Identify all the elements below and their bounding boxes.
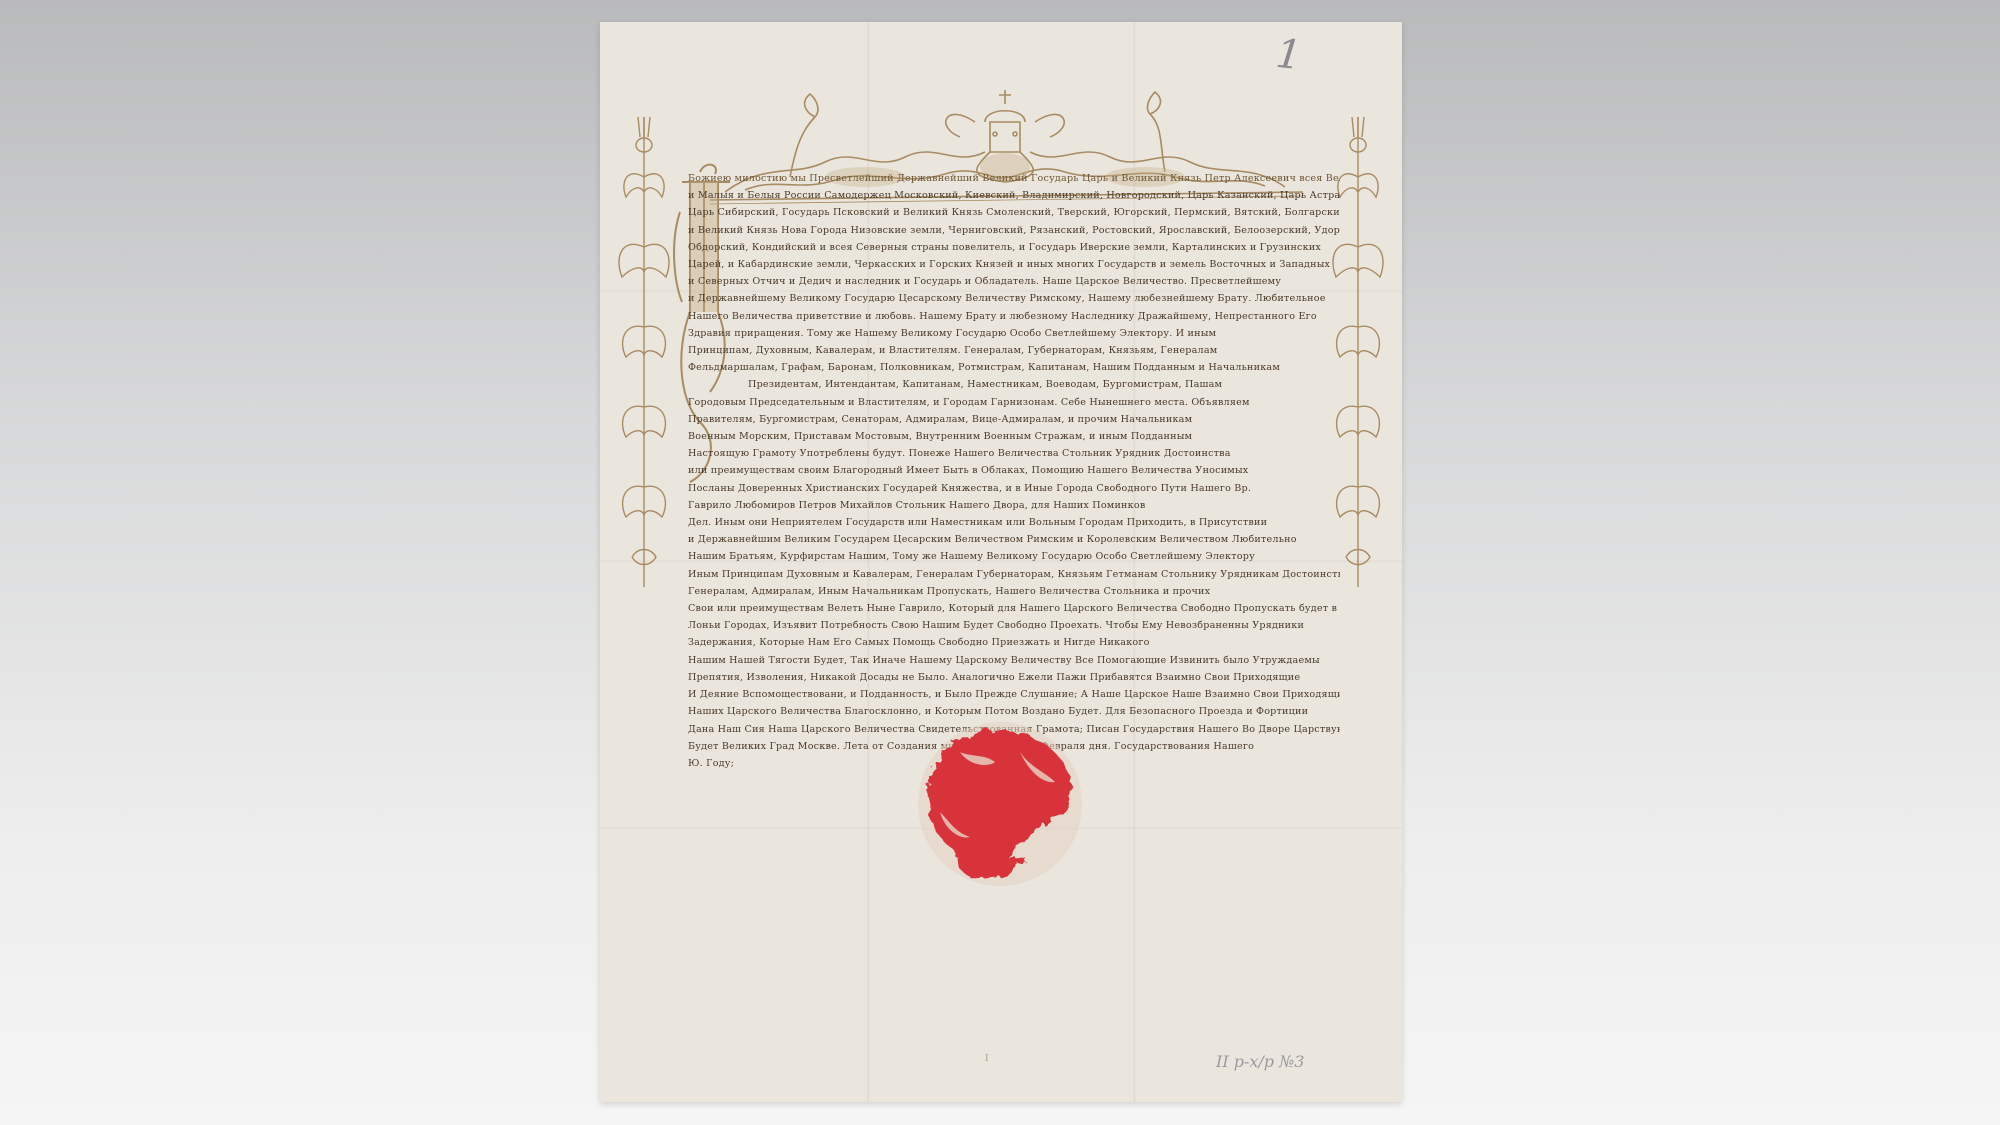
text-line: Нашего Величества приветствие и любовь. … xyxy=(688,308,1340,325)
text-line: Городовым Председательным и Властителям,… xyxy=(688,394,1340,411)
folio-number: 1 xyxy=(1274,31,1304,79)
text-line: и Великий Князь Нова Города Низовские зе… xyxy=(688,222,1340,239)
text-line: Гаврило Любомиров Петров Михайлов Стольн… xyxy=(688,497,1340,514)
text-line: Дел. Иным они Неприятелем Государств или… xyxy=(688,514,1340,531)
text-line: или преимуществам своим Благородный Имее… xyxy=(688,462,1340,479)
text-line: Нашим Братьям, Курфирстам Нашим, Тому же… xyxy=(688,548,1340,565)
charter-document: Божиею милостию мы Пресветлейший Державн… xyxy=(600,22,1402,1102)
text-line: Посланы Доверенных Христианских Государе… xyxy=(688,480,1340,497)
text-line: Задержания, Которые Нам Его Самых Помощь… xyxy=(688,634,1340,651)
text-line: Божиею милостию мы Пресветлейший Державн… xyxy=(688,170,1340,187)
center-mark: I xyxy=(985,1054,989,1064)
text-line: Свои или преимуществам Велеть Ныне Гаври… xyxy=(688,600,1340,617)
text-line: Настоящую Грамоту Употреблены будут. Пон… xyxy=(688,445,1340,462)
text-line: Препятия, Изволения, Никакой Досады не Б… xyxy=(688,669,1340,686)
archive-note: II р-х/р №3 xyxy=(1216,1052,1304,1071)
text-line: Принципам, Духовным, Кавалерам, и Власти… xyxy=(688,342,1340,359)
text-line: Военным Морским, Приставам Мостовым, Вну… xyxy=(688,428,1340,445)
text-line: Здравия приращения. Тому же Нашему Велик… xyxy=(688,325,1340,342)
text-line: и Малыя и Белыя России Самодержец Москов… xyxy=(688,187,1340,204)
charter-text: Божиею милостию мы Пресветлейший Державн… xyxy=(688,170,1340,772)
left-floral-border xyxy=(612,117,676,587)
text-line: И Деяние Вспомоществовани, и Подданность… xyxy=(688,686,1340,703)
text-line: Лоньи Городах, Изъявит Потребность Свою … xyxy=(688,617,1340,634)
red-wax-seal xyxy=(900,712,1100,902)
text-line: Правителям, Бургомистрам, Сенаторам, Адм… xyxy=(688,411,1340,428)
text-line: Нашим Нашей Тягости Будет, Так Иначе Наш… xyxy=(688,652,1340,669)
text-line: и Северных Отчич и Дедич и наследник и Г… xyxy=(688,273,1340,290)
text-line: Фельдмаршалам, Графам, Баронам, Полковни… xyxy=(688,359,1340,376)
text-line: Царь Сибирский, Государь Псковский и Вел… xyxy=(688,204,1340,221)
text-line: Президентам, Интендантам, Капитанам, Нам… xyxy=(688,376,1340,393)
text-line: Царей, и Кабардинские земли, Черкасских … xyxy=(688,256,1340,273)
text-line: Иным Принципам Духовным и Кавалерам, Ген… xyxy=(688,566,1340,583)
text-line: Обдорский, Кондийский и всея Северныя ст… xyxy=(688,239,1340,256)
text-line: и Державнейшему Великому Государю Цесарс… xyxy=(688,290,1340,307)
text-line: и Державнейшим Великим Государем Цесарск… xyxy=(688,531,1340,548)
text-line: Генералам, Адмиралам, Иным Начальникам П… xyxy=(688,583,1340,600)
